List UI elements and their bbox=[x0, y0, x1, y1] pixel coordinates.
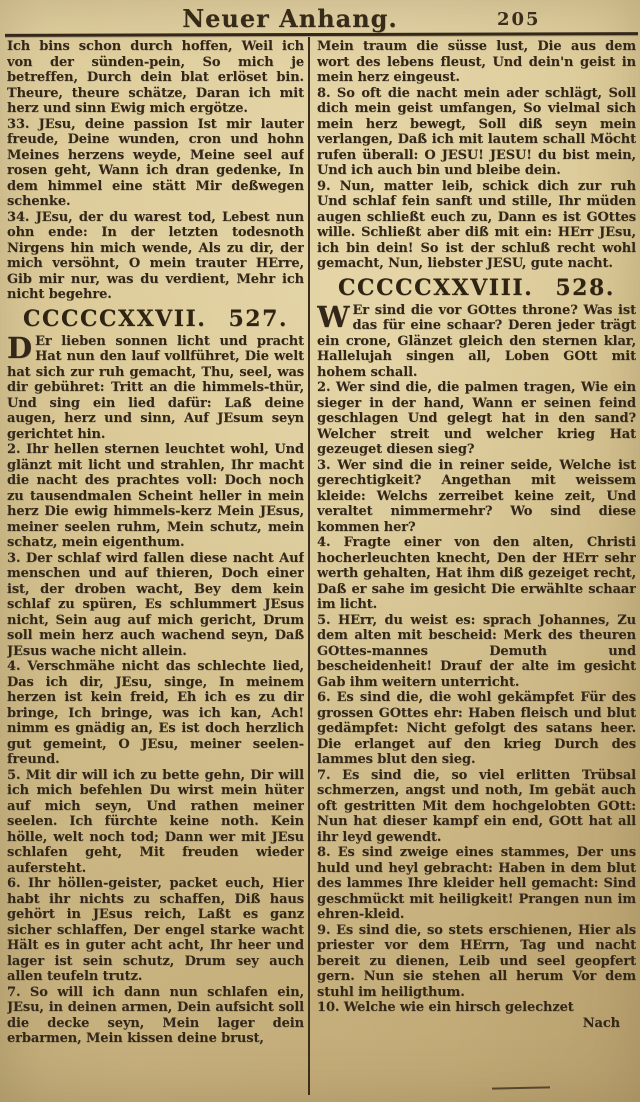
verse-34: 34. JEsu, der du warest tod, Lebest nun … bbox=[7, 210, 304, 303]
hymn-527-roman-numeral: CCCCCXXVII. bbox=[23, 306, 207, 332]
hymn-528-verse-3: 3. Wer sind die in reiner seide, Welche … bbox=[317, 458, 636, 536]
hymn-528-arabic-number: 528. bbox=[555, 275, 615, 301]
hymn-528-verse-9: 9. Es sind die, so stets erschienen, Hie… bbox=[317, 923, 636, 1001]
hymn-527-heading: CCCCCXXVII. 527. bbox=[7, 306, 304, 332]
hymn-527-verse-8: 8. So oft die nacht mein ader schlägt, S… bbox=[317, 86, 636, 179]
hymn-528-verse-4: 4. Fragte einer von den alten, Christi h… bbox=[317, 535, 636, 613]
hymn-527-verse-3: 3. Der schlaf wird fallen diese nacht Au… bbox=[7, 551, 304, 660]
hymn-527-arabic-number: 527. bbox=[228, 306, 288, 332]
left-column: Ich bins schon durch hoffen, Weil ich vo… bbox=[7, 39, 304, 1099]
hymn-527-verse-6: 6. Ihr höllen-geister, packet euch, Hier… bbox=[7, 876, 304, 985]
hymn-528-verse-1-text: Er sind die vor GOttes throne? Was ist d… bbox=[317, 303, 636, 380]
hymn-527-verse-1: DEr lieben sonnen licht und pracht Hat n… bbox=[7, 334, 304, 443]
hymn-527-verse-5: 5. Mit dir will ich zu bette gehn, Dir w… bbox=[7, 768, 304, 877]
hymn-527-verse-1-text: Er lieben sonnen licht und pracht Hat nu… bbox=[7, 334, 304, 442]
hymn-527-dropcap: D bbox=[7, 334, 35, 362]
hymn-527-verse-9: 9. Nun, matter leib, schick dich zur ruh… bbox=[317, 179, 636, 272]
page-number: 205 bbox=[497, 9, 541, 30]
right-column: Mein traum die süsse lust, Die aus dem w… bbox=[317, 39, 636, 1099]
hymn-528-verse-5: 5. HErr, du weist es: sprach Johannes, Z… bbox=[317, 613, 636, 691]
hymn-528-verse-10-partial: 10. Welche wie ein hirsch gelechzet bbox=[317, 1000, 636, 1016]
hymn-528-roman-numeral: CCCCCXXVIII. bbox=[338, 275, 533, 301]
hymn-527-verse-7-part-2: Mein traum die süsse lust, Die aus dem w… bbox=[317, 39, 636, 86]
hymn-528-verse-1: WEr sind die vor GOttes throne? Was ist … bbox=[317, 303, 636, 381]
hymn-528-dropcap: W bbox=[317, 303, 352, 331]
hymn-528-verse-6: 6. Es sind die, die wohl gekämpfet Für d… bbox=[317, 690, 636, 768]
verse-continuation-previous-hymn: Ich bins schon durch hoffen, Weil ich vo… bbox=[7, 39, 304, 117]
running-head-title: Neuer Anhang. bbox=[0, 4, 580, 33]
header-rule bbox=[5, 32, 638, 37]
hymn-528-verse-2: 2. Wer sind die, die palmen tragen, Wie … bbox=[317, 380, 636, 458]
column-divider-rule bbox=[308, 37, 310, 1095]
catchword: Nach bbox=[317, 1016, 636, 1032]
hymn-527-verse-4: 4. Verschmähe nicht das schlechte lied, … bbox=[7, 659, 304, 768]
hymn-528-verse-7: 7. Es sind die, so viel erlitten Trübsal… bbox=[317, 768, 636, 846]
hymn-528-verse-8: 8. Es sind zweige eines stammes, Der uns… bbox=[317, 845, 636, 923]
hymn-528-heading: CCCCCXXVIII. 528. bbox=[317, 275, 636, 301]
book-page: Neuer Anhang. 205 Ich bins schon durch h… bbox=[0, 0, 640, 1102]
verse-33: 33. JEsu, deine passion Ist mir lauter f… bbox=[7, 117, 304, 210]
hymn-527-verse-2: 2. Ihr hellen sternen leuchtet wohl, Und… bbox=[7, 442, 304, 551]
hymn-527-verse-7-part-1: 7. So will ich dann nun schlafen ein, JE… bbox=[7, 985, 304, 1047]
